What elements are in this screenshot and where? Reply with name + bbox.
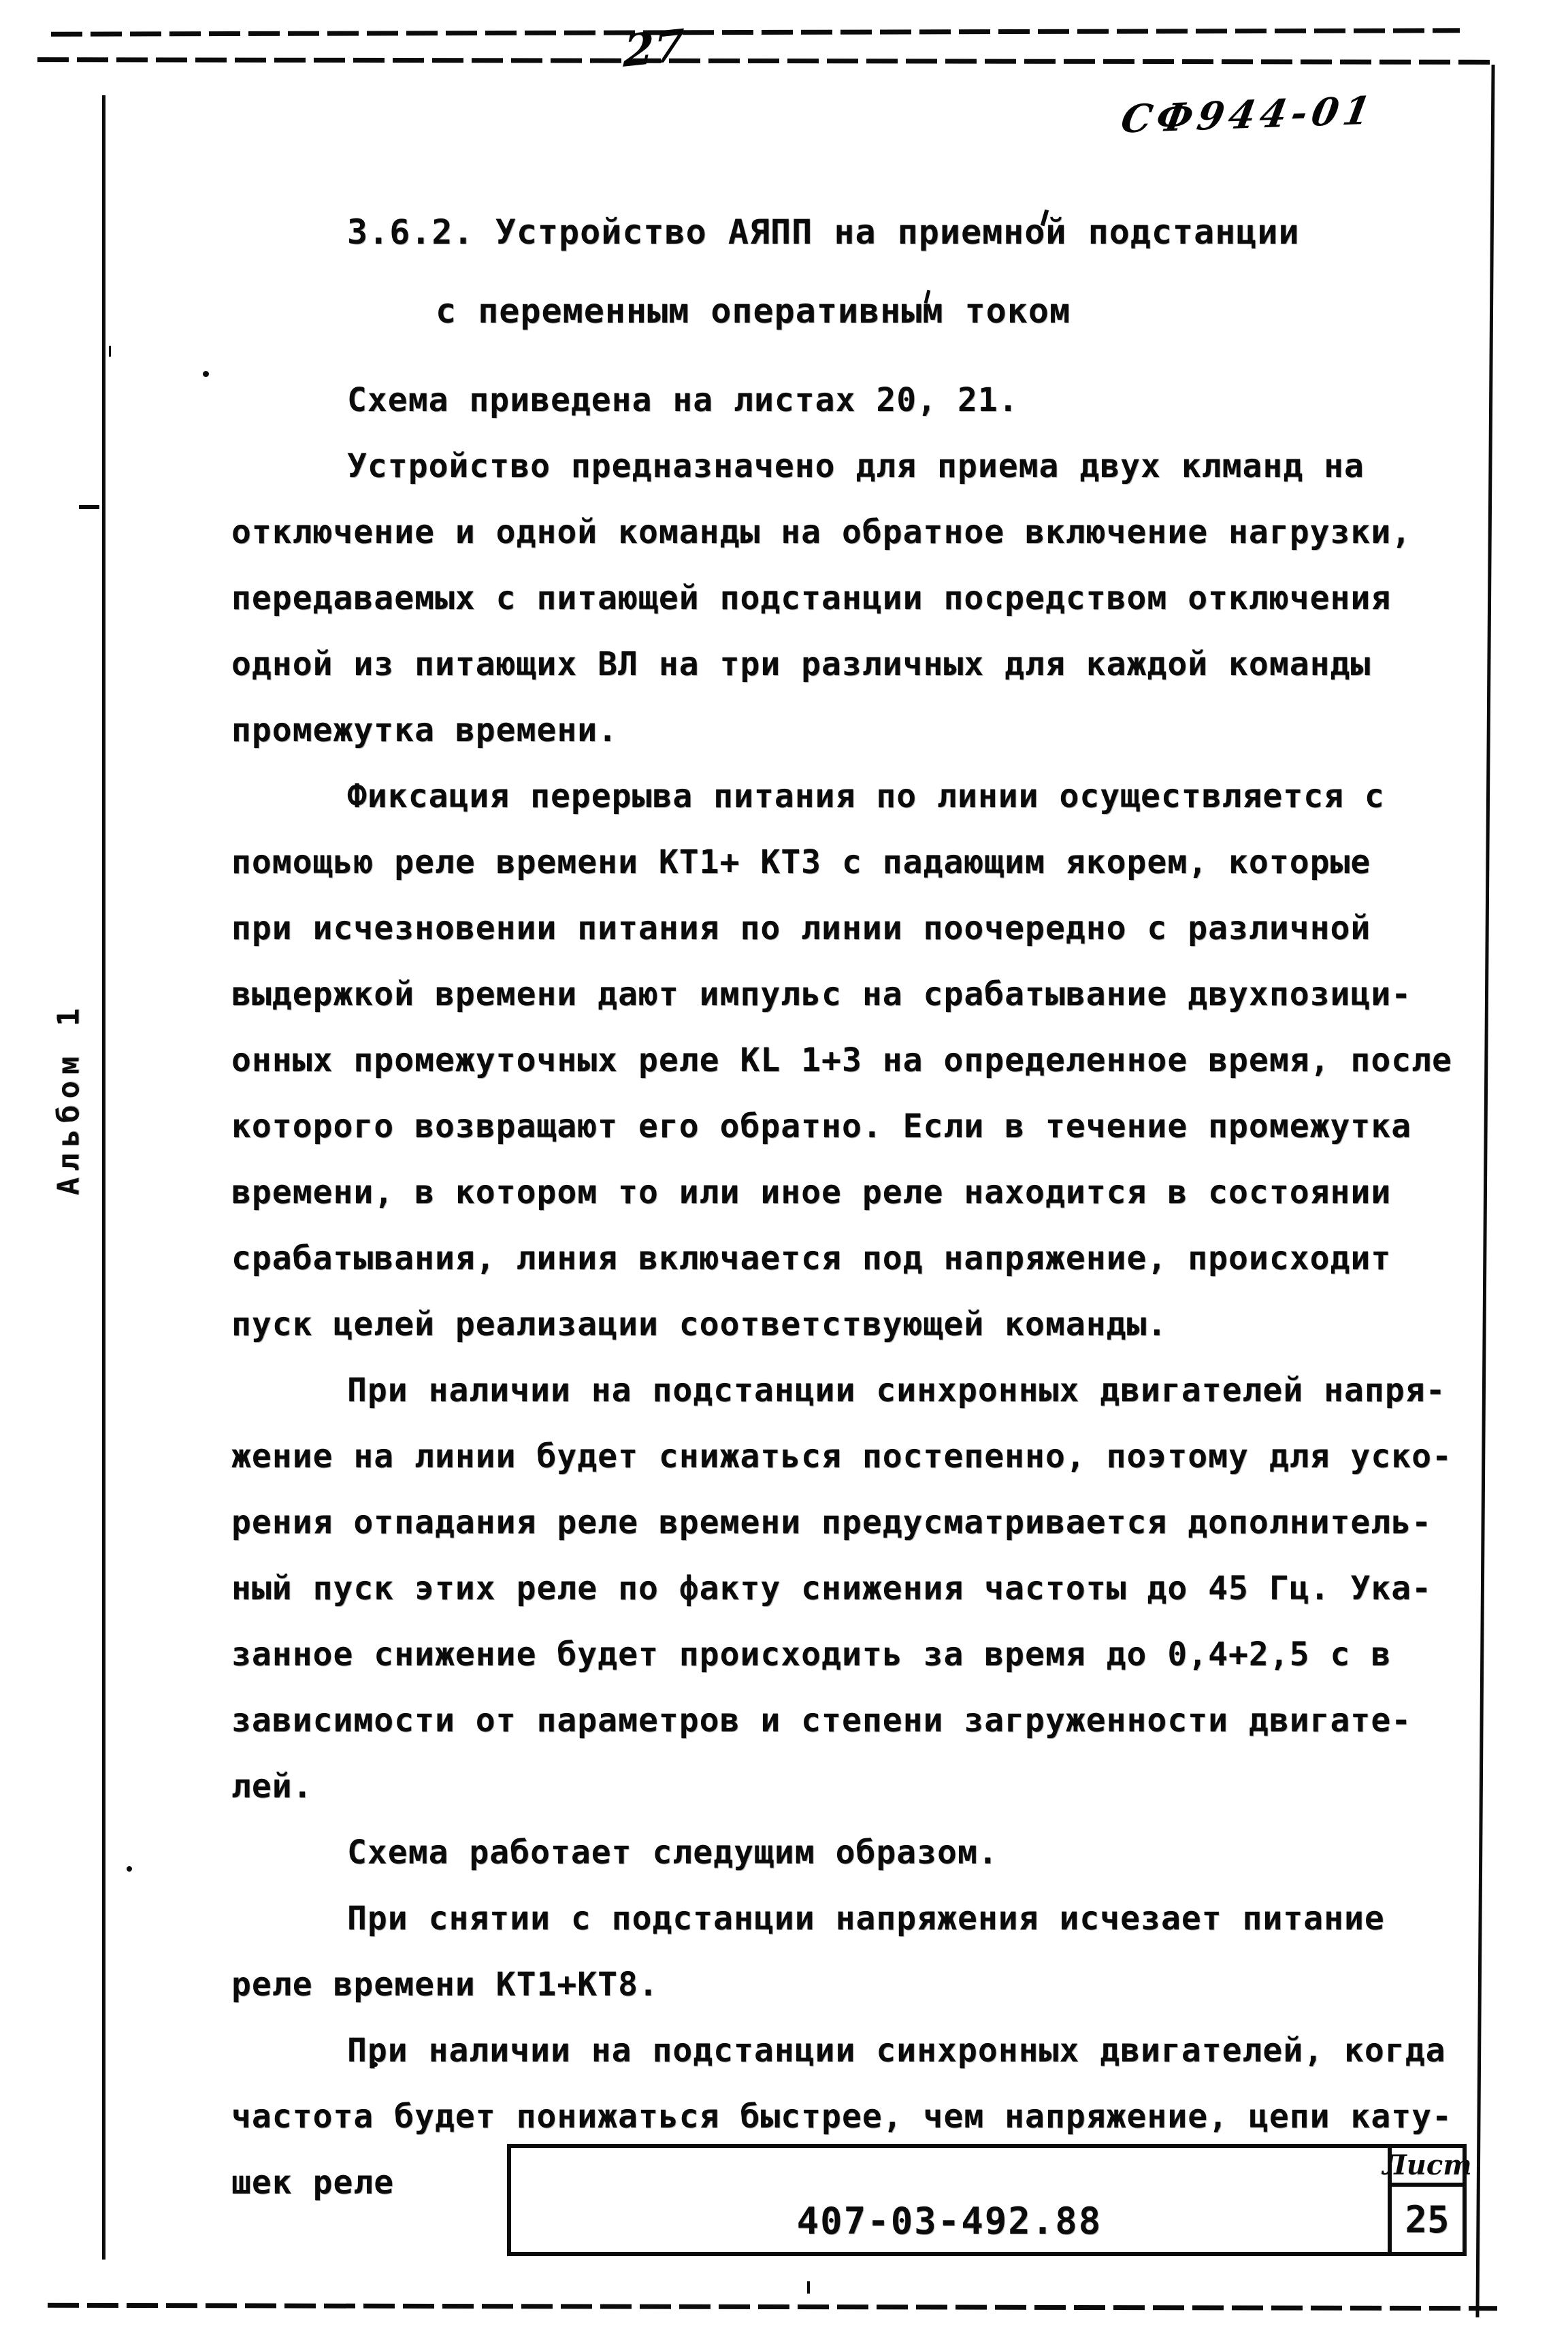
text-line: лей. xyxy=(231,1767,1456,1833)
text-line: При наличии на подстанции синхронных дви… xyxy=(231,2032,1456,2098)
sheet-label: Лист xyxy=(1382,2149,1471,2181)
footer-stamp-box: 407-03-492.88 Лист 25 xyxy=(507,2144,1467,2256)
text-line: Фиксация перерыва питания по линии осуще… xyxy=(231,777,1456,843)
footer-document-number: 407-03-492.88 xyxy=(797,2200,1102,2243)
sheet-number: 25 xyxy=(1405,2198,1449,2241)
text-line: Схема приведена на листах 20, 21. xyxy=(231,381,1456,447)
text-line: при исчезновении питания по линии поочер… xyxy=(231,909,1456,975)
text-line: онных промежуточных реле KL 1+3 на опред… xyxy=(231,1041,1456,1107)
text-line: При наличии на подстанции синхронных дви… xyxy=(231,1371,1456,1437)
handwritten-page-number: 27 xyxy=(623,20,685,78)
ink-speck xyxy=(109,346,111,357)
ink-speck xyxy=(79,505,99,509)
margin-album-label: Альбом 1 xyxy=(52,1039,86,1196)
ink-speck xyxy=(203,371,209,377)
ink-speck xyxy=(373,2062,378,2067)
section-title-line1: 3.6.2. Устройство АЯПП на приемной подст… xyxy=(347,212,1300,252)
left-page-border xyxy=(102,95,105,2260)
footer-document-cell: 407-03-492.88 xyxy=(511,2148,1392,2252)
text-line: передаваемых с питающей подстанции посре… xyxy=(231,579,1456,645)
top-dashed-rule-1 xyxy=(51,28,1460,36)
text-line: занное снижение будет происходить за вре… xyxy=(231,1635,1456,1701)
top-dashed-rule-2 xyxy=(37,57,1490,65)
ink-speck xyxy=(807,2281,810,2294)
text-line: реле времени КТ1+КТ8. xyxy=(231,1966,1456,2032)
text-line: выдержкой времени дают импульс на срабат… xyxy=(231,975,1456,1041)
text-line: рения отпадания реле времени предусматри… xyxy=(231,1503,1456,1569)
sheet-number-cell: 25 xyxy=(1392,2187,1463,2252)
text-line: жение на линии будет снижаться постепенн… xyxy=(231,1437,1456,1503)
bottom-dashed-rule xyxy=(48,2303,1497,2311)
text-line: Устройство предназначено для приема двух… xyxy=(231,447,1456,513)
text-line: Схема работает следущим образом. xyxy=(231,1833,1456,1900)
sheet-label-cell: Лист xyxy=(1392,2148,1463,2187)
text-line: отключение и одной команды на обратное в… xyxy=(231,513,1456,579)
text-line: одной из питающих ВЛ на три различных дл… xyxy=(231,645,1456,711)
text-line: времени, в котором то или иное реле нахо… xyxy=(231,1173,1456,1239)
text-line: При снятии с подстанции напряжения исчез… xyxy=(231,1900,1456,1966)
handwritten-document-code: СФ944-01 xyxy=(1117,88,1378,142)
text-line: которого возвращают его обратно. Если в … xyxy=(231,1107,1456,1173)
section-title-line2: с переменным оперативным током xyxy=(436,291,1071,331)
right-page-border xyxy=(1475,65,1494,2317)
text-line: зависимости от параметров и степени загр… xyxy=(231,1701,1456,1767)
text-line: промежутка времени. xyxy=(231,711,1456,777)
scanned-document-page: { "page": { "handwritten_page_number": "… xyxy=(0,0,1568,2331)
text-line: пуск целей реализации соответствующей ко… xyxy=(231,1305,1456,1371)
text-block: Схема приведена на листах 20, 21.Устройс… xyxy=(231,381,1456,2230)
text-line: срабатывания, линия включается под напря… xyxy=(231,1239,1456,1305)
ink-speck xyxy=(127,1866,132,1872)
text-line: ный пуск этих реле по факту снижения час… xyxy=(231,1569,1456,1635)
text-line: помощью реле времени КТ1+ КТ3 с падающим… xyxy=(231,843,1456,909)
